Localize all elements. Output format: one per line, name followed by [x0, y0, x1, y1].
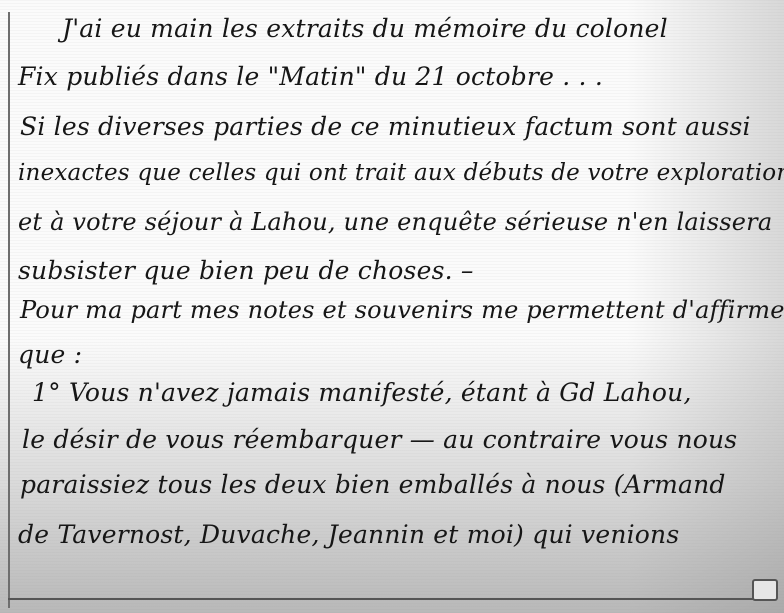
letter-line-3: Si les diverses parties de ce minutieux … — [20, 112, 751, 141]
letter-line-5: et à votre séjour à Lahou, une enquête s… — [18, 208, 772, 236]
letter-line-11: paraissiez tous les deux bien emballés à… — [20, 470, 726, 499]
letter-line-4: inexactes que celles qui ont trait aux d… — [18, 160, 784, 186]
letter-line-1: J'ai eu main les extraits du mémoire du … — [62, 14, 668, 43]
page-left-edge — [8, 12, 10, 608]
letter-line-2: Fix publiés dans le "Matin" du 21 octobr… — [18, 62, 603, 91]
letter-line-8: que : — [18, 340, 82, 369]
scanned-letter-page: J'ai eu main les extraits du mémoire du … — [0, 0, 784, 613]
letter-line-9: 1° Vous n'avez jamais manifesté, étant à… — [32, 378, 692, 407]
letter-line-12: de Tavernost, Duvache, Jeannin et moi) q… — [18, 520, 679, 549]
folded-corner — [752, 579, 778, 601]
letter-line-10: le désir de vous réembarquer — au contra… — [22, 425, 737, 454]
letter-line-7: Pour ma part mes notes et souvenirs me p… — [20, 296, 784, 324]
page-bottom-edge — [8, 598, 768, 600]
letter-line-6: subsister que bien peu de choses. – — [18, 256, 474, 285]
